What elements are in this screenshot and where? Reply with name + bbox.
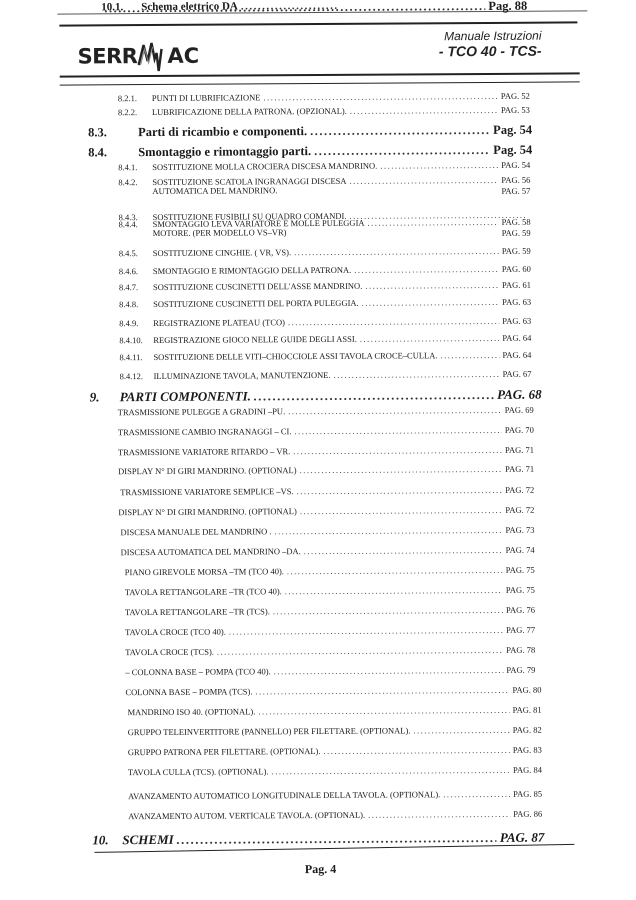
toc-number: 8.4.10. (119, 335, 153, 345)
toc-page-ref: PAG. 85 (513, 789, 542, 799)
toc-title: AVANZAMENTO AUTOMATICO LONGITUDINALE DEL… (128, 789, 440, 801)
toc-number: 8.4.2. (118, 177, 152, 187)
toc-page-line: PAG. 59 (502, 228, 531, 238)
toc-entry: 8.4.4.SMONTAGGIO LEVA VARIATORE E MOLLE … (119, 217, 531, 242)
toc-title: SCHEMI (122, 832, 173, 848)
toc-page-ref: Pag. 54 (493, 143, 532, 158)
toc-title: SOSTITUZIONE DELLE VITI–CHIOCCIOLE ASSI … (153, 350, 437, 362)
toc-entry: 8.4.7.SOSTITUZIONE CUSCINETTI DELL'ASSE … (119, 280, 531, 293)
leader-dots (275, 525, 503, 536)
toc-number: 8.3. (88, 125, 138, 140)
toc-title: TAVOLA RETTANGOLARE –TR (TCO 40). (125, 586, 282, 597)
toc-entry: 10.1.Schema elettrico DA (101, 0, 341, 13)
leader-dots (293, 445, 502, 456)
leader-dots (314, 143, 490, 159)
toc-page-ref: PAG. 87 (500, 830, 545, 846)
toc-title: COLONNA BASE – POMPA (TCS). (125, 686, 252, 697)
toc-page-ref: Pag. 54 (493, 123, 532, 138)
toc-number: 8.4.8. (119, 299, 153, 309)
toc-title: TAVOLA CROCE (TCO 40). (125, 627, 226, 638)
leader-dots (300, 505, 503, 516)
toc-title: TRASMISSIONE PULEGGE A GRADINI –PU. (118, 406, 285, 417)
toc-entry: TRASMISSIONE CAMBIO INGRANAGGI – CI.PAG.… (118, 425, 534, 438)
toc-entry: GRUPPO TELEINVERTITORE (PANNELLO) PER FI… (128, 725, 542, 738)
toc-page-line: PAG. 56 (501, 175, 530, 185)
toc-page-ref: PAG. 63 (502, 297, 531, 307)
document-header: Manuale Istruzioni - TCO 40 - TCS- (439, 29, 542, 60)
toc-page-ref: PAG. 83 (513, 745, 542, 755)
leader-dots (285, 585, 503, 596)
toc-entry: 8.4.8.SOSTITUZIONE CUSCINETTI DEL PORTA … (119, 297, 531, 310)
toc-title: AVANZAMENTO AUTOM. VERTICALE TAVOLA. (OP… (128, 810, 365, 821)
table-of-contents: 8.2.1.PUNTI DI LUBRIFICAZIONEPAG. 528.2.… (0, 0, 633, 2)
toc-entry: 8.4.1.SOSTITUZIONE MOLLA CROCIERA DISCES… (118, 160, 530, 173)
toc-page-ref: Pag. 88 (488, 0, 527, 14)
model-title: - TCO 40 - TCS- (439, 43, 542, 60)
toc-title: SMONTAGGIO E RIMONTAGGIO DELLA PATRONA. (153, 265, 351, 276)
toc-entry: DISPLAY N° DI GIRI MANDRINO. (OPTIONAL)P… (118, 464, 534, 477)
toc-page-ref: PAG. 75 (506, 585, 535, 595)
toc-title: PARTI COMPONENTI. (120, 388, 251, 405)
leader-dots (367, 217, 498, 228)
leader-dots (440, 350, 499, 360)
leader-dots (294, 425, 502, 436)
leader-dots (334, 369, 500, 380)
toc-number: 8.4.12. (120, 371, 154, 381)
toc-entry: TRASMISSIONE VARIATORE RITARDO – VR.PAG.… (118, 445, 534, 458)
toc-title: MANDRINO ISO 40. (OPTIONAL). (128, 706, 256, 717)
toc-page-ref: PAG. 71 (505, 445, 534, 455)
toc-number: 8.4.11. (119, 352, 153, 362)
toc-title: TRASMISSIONE VARIATORE RITARDO – VR. (118, 446, 290, 457)
serrmac-logo: SERR AC (77, 39, 199, 74)
toc-page-ref: PAG. 73 (505, 525, 534, 535)
leader-dots (272, 765, 510, 776)
leader-dots (300, 464, 503, 475)
toc-number: 8.4.4. (119, 219, 153, 229)
toc-entry: TAVOLA RETTANGOLARE –TR (TCS).PAG. 76 (125, 605, 535, 618)
page-number: Pag. 4 (3, 860, 636, 879)
toc-title: TAVOLA RETTANGOLARE –TR (TCS). (125, 606, 270, 617)
toc-page-ref: PAG. 54 (501, 160, 530, 170)
toc-title: REGISTRAZIONE PLATEAU (TCO) (153, 317, 285, 328)
leader-dots (274, 665, 504, 676)
toc-page-ref: PAG. 71 (505, 464, 534, 474)
toc-title: SOSTITUZIONE CUSCINETTI DELL'ASSE MANDRI… (153, 281, 362, 292)
toc-entry: 8.4.9.REGISTRAZIONE PLATEAU (TCO)PAG. 63 (119, 316, 531, 329)
toc-entry: TAVOLA RETTANGOLARE –TR (TCO 40).PAG. 75 (125, 585, 535, 598)
leader-dots (217, 645, 503, 657)
toc-title: TRASMISSIONE VARIATORE SEMPLICE –VS. (120, 486, 293, 497)
toc-title: – COLONNA BASE – POMPA (TCO 40). (125, 666, 270, 677)
toc-page-ref: PAG. 67 (503, 369, 532, 379)
toc-page-line: PAG. 57 (501, 186, 530, 196)
toc-title: SOSTITUZIONE CINGHIE. ( VR, VS). (153, 247, 291, 258)
toc-page-ref: PAG. 76 (506, 605, 535, 615)
toc-page-ref: PAG. 60 (502, 264, 531, 274)
manual-subtitle: Manuale Istruzioni (439, 29, 542, 44)
toc-entry: DISCESA AUTOMATICA DEL MANDRINO –DA.PAG.… (121, 545, 535, 558)
toc-title: TRASMISSIONE CAMBIO INGRANAGGI – CI. (118, 426, 292, 437)
toc-entry: TRASMISSIONE PULEGGE A GRADINI –PU.PAG. … (118, 405, 534, 418)
toc-entry: GRUPPO PATRONA PER FILETTARE. (OPTIONAL)… (128, 745, 542, 758)
toc-title: LUBRIFICAZIONE DELLA PATRONA. (OPZIONAL)… (152, 106, 347, 117)
toc-entry: TAVOLA CROCE (TCO 40).PAG. 77 (125, 625, 535, 638)
toc-page-line: PAG. 58 (502, 217, 531, 227)
toc-number: 8.4.6. (119, 266, 153, 276)
toc-entry: 8.4.5.SOSTITUZIONE CINGHIE. ( VR, VS).PA… (119, 246, 531, 259)
toc-entry: TAVOLA CROCE (TCS).PAG. 78 (125, 645, 535, 658)
leader-dots (413, 725, 509, 736)
toc-page-ref: PAG. 80 (512, 685, 541, 695)
leader-dots (310, 123, 490, 139)
toc-title: DISCESA AUTOMATICA DEL MANDRINO –DA. (121, 546, 301, 557)
leader-dots (297, 485, 503, 496)
leader-dots (323, 745, 509, 756)
toc-title: Schema elettrico DA (141, 0, 238, 13)
toc-title: TAVOLA CULLA (TCS). (OPTIONAL). (128, 766, 269, 777)
toc-entry: MANDRINO ISO 40. (OPTIONAL).PAG. 81 (128, 705, 542, 718)
toc-title: DISPLAY N° DI GIRI MANDRINO. (OPTIONAL) (118, 506, 296, 517)
logo-text-left: SERR (78, 44, 138, 68)
toc-title: DISCESA MANUALE DEL MANDRINO . (120, 526, 271, 537)
leader-dots (288, 405, 502, 416)
toc-title: SOSTITUZIONE MOLLA CROCIERA DISCESA MAND… (152, 161, 377, 172)
toc-title: Smontaggio e rimontaggio parti. (138, 144, 311, 160)
toc-entry: PIANO GIREVOLE MORSA –TM (TCO 40).PAG. 7… (125, 565, 535, 578)
toc-page-ref: PAG. 58PAG. 59 (502, 217, 531, 239)
toc-page-ref: PAG. 68 (497, 387, 542, 403)
leader-dots (294, 246, 499, 257)
header-rule-bottom-thin (60, 81, 580, 85)
leader-dots (241, 0, 339, 12)
leader-dots (304, 545, 503, 556)
toc-entry: 8.2.2.LUBRIFICAZIONE DELLA PATRONA. (OPZ… (118, 105, 530, 118)
toc-entry: 9.PARTI COMPONENTI.PAG. 68 (90, 387, 542, 406)
toc-number: 8.4. (88, 145, 138, 160)
leader-dots (229, 625, 503, 637)
toc-title: REGISTRAZIONE GIOCO NELLE GUIDE DEGLI AS… (153, 334, 357, 345)
toc-page-ref: PAG. 53 (501, 105, 530, 115)
toc-title: SMONTAGGIO LEVA VARIATORE E MOLLE PULEGG… (153, 219, 365, 238)
toc-entry: AVANZAMENTO AUTOMATICO LONGITUDINALE DEL… (128, 789, 542, 802)
header-rule (59, 21, 577, 26)
toc-number: 10. (92, 832, 122, 848)
leader-dots (360, 333, 500, 344)
toc-entry: DISCESA MANUALE DEL MANDRINO .PAG. 73 (120, 525, 534, 538)
toc-entry: – COLONNA BASE – POMPA (TCO 40).PAG. 79 (125, 665, 535, 678)
toc-title: Parti di ricambio e componenti. (138, 124, 307, 140)
toc-title: TAVOLA CROCE (TCS). (125, 647, 214, 658)
leader-dots (443, 789, 510, 799)
leader-dots (350, 105, 498, 116)
toc-page-ref: PAG. 81 (513, 705, 542, 715)
toc-page-ref: PAG. 59 (502, 246, 531, 256)
toc-entry: DISPLAY N° DI GIRI MANDRINO. (OPTIONAL)P… (118, 505, 534, 518)
leader-dots (365, 280, 499, 291)
toc-page-ref: PAG. 72 (505, 485, 534, 495)
toc-number: 8.4.9. (119, 318, 153, 328)
leader-dots (258, 705, 509, 717)
toc-entry: TAVOLA CULLA (TCS). (OPTIONAL).PAG. 84 (128, 765, 542, 778)
manual-page: SERR AC Manuale Istruzioni - TCO 40 - TC… (0, 0, 636, 900)
toc-entry: COLONNA BASE – POMPA (TCS).PAG. 80 (125, 685, 541, 698)
toc-number: 8.4.1. (118, 162, 152, 172)
toc-page-ref: PAG. 82 (513, 725, 542, 735)
toc-page-ref: PAG. 56PAG. 57 (501, 175, 530, 197)
toc-entry: 8.4.6.SMONTAGGIO E RIMONTAGGIO DELLA PAT… (119, 264, 531, 277)
toc-page-ref: PAG. 52 (501, 91, 530, 101)
toc-title: PIANO GIREVOLE MORSA –TM (TCO 40). (125, 566, 284, 577)
toc-title: DISPLAY N° DI GIRI MANDRINO. (OPTIONAL) (118, 465, 296, 476)
toc-title: PUNTI DI LUBRIFICAZIONE (152, 92, 261, 103)
toc-page-ref: PAG. 75 (506, 565, 535, 575)
leader-dots (368, 809, 510, 820)
toc-entry: 8.3.Parti di ricambio e componenti.Pag. … (88, 123, 532, 141)
leader-dots (263, 91, 497, 102)
toc-title: ILLUMINAZIONE TAVOLA, MANUTENZIONE. (154, 370, 331, 381)
toc-number: 8.2.1. (118, 93, 152, 103)
toc-page-ref: PAG. 79 (506, 665, 535, 675)
leader-dots (349, 175, 498, 186)
toc-entry: 8.4.2.SOSTITUZIONE SCATOLA INGRANAGGI DI… (118, 175, 530, 200)
toc-title: SOSTITUZIONE SCATOLA INGRANAGGI DISCESAA… (152, 177, 346, 196)
toc-page-ref: PAG. 78 (506, 645, 535, 655)
toc-number: 8.4.5. (119, 248, 153, 258)
toc-page-ref: PAG. 74 (506, 545, 535, 555)
leader-dots (354, 264, 499, 275)
leader-dots (362, 297, 500, 308)
toc-entry: 8.4.12.ILLUMINAZIONE TAVOLA, MANUTENZION… (120, 369, 532, 382)
logo-ac: AC (167, 44, 199, 68)
toc-page-ref: PAG. 63 (502, 316, 531, 326)
toc-title: GRUPPO PATRONA PER FILETTARE. (OPTIONAL)… (128, 746, 321, 757)
toc-entry: 8.4.11.SOSTITUZIONE DELLE VITI–CHIOCCIOL… (119, 350, 531, 363)
toc-entry: 8.4.10.REGISTRAZIONE GIOCO NELLE GUIDE D… (119, 333, 531, 346)
toc-entry: AVANZAMENTO AUTOM. VERTICALE TAVOLA. (OP… (128, 809, 542, 822)
toc-page-ref: PAG. 84 (513, 765, 542, 775)
toc-page-ref: PAG. 70 (505, 425, 534, 435)
toc-title-line: MOTORE. (PER MODELLO VS–VR) (153, 227, 287, 238)
toc-title-line: AUTOMATICA DEL MANDRINO. (152, 185, 277, 196)
leader-dots (288, 316, 499, 327)
logo-zigzag-m-icon (137, 39, 167, 73)
leader-dots (255, 685, 509, 697)
toc-page-ref: PAG. 72 (505, 505, 534, 515)
toc-number: 8.4.7. (119, 282, 153, 292)
toc-entry: TRASMISSIONE VARIATORE SEMPLICE –VS.PAG.… (120, 485, 534, 498)
toc-page-ref: PAG. 64 (502, 333, 531, 343)
toc-number: 9. (90, 389, 120, 405)
toc-page-ref: PAG. 61 (502, 280, 531, 290)
leader-dots (287, 565, 503, 576)
toc-page-ref: PAG. 69 (505, 405, 534, 415)
toc-entry: 8.4.Smontaggio e rimontaggio parti.Pag. … (88, 143, 532, 161)
leader-dots (380, 160, 498, 171)
toc-title: SOSTITUZIONE CUSCINETTI DEL PORTA PULEGG… (153, 298, 359, 309)
toc-entry: 8.2.1.PUNTI DI LUBRIFICAZIONEPAG. 52 (118, 91, 530, 104)
toc-title: GRUPPO TELEINVERTITORE (PANNELLO) PER FI… (128, 725, 411, 737)
leader-dots (254, 387, 494, 404)
toc-page-ref: PAG. 77 (506, 625, 535, 635)
toc-page-ref: PAG. 64 (502, 350, 531, 360)
toc-number: 8.2.2. (118, 107, 152, 117)
leader-dots (273, 605, 503, 616)
toc-number: 10.1. (101, 1, 141, 13)
header-rule-bottom (60, 72, 580, 77)
toc-page-ref: PAG. 86 (513, 809, 542, 819)
logo-text-right: AC (167, 44, 199, 68)
